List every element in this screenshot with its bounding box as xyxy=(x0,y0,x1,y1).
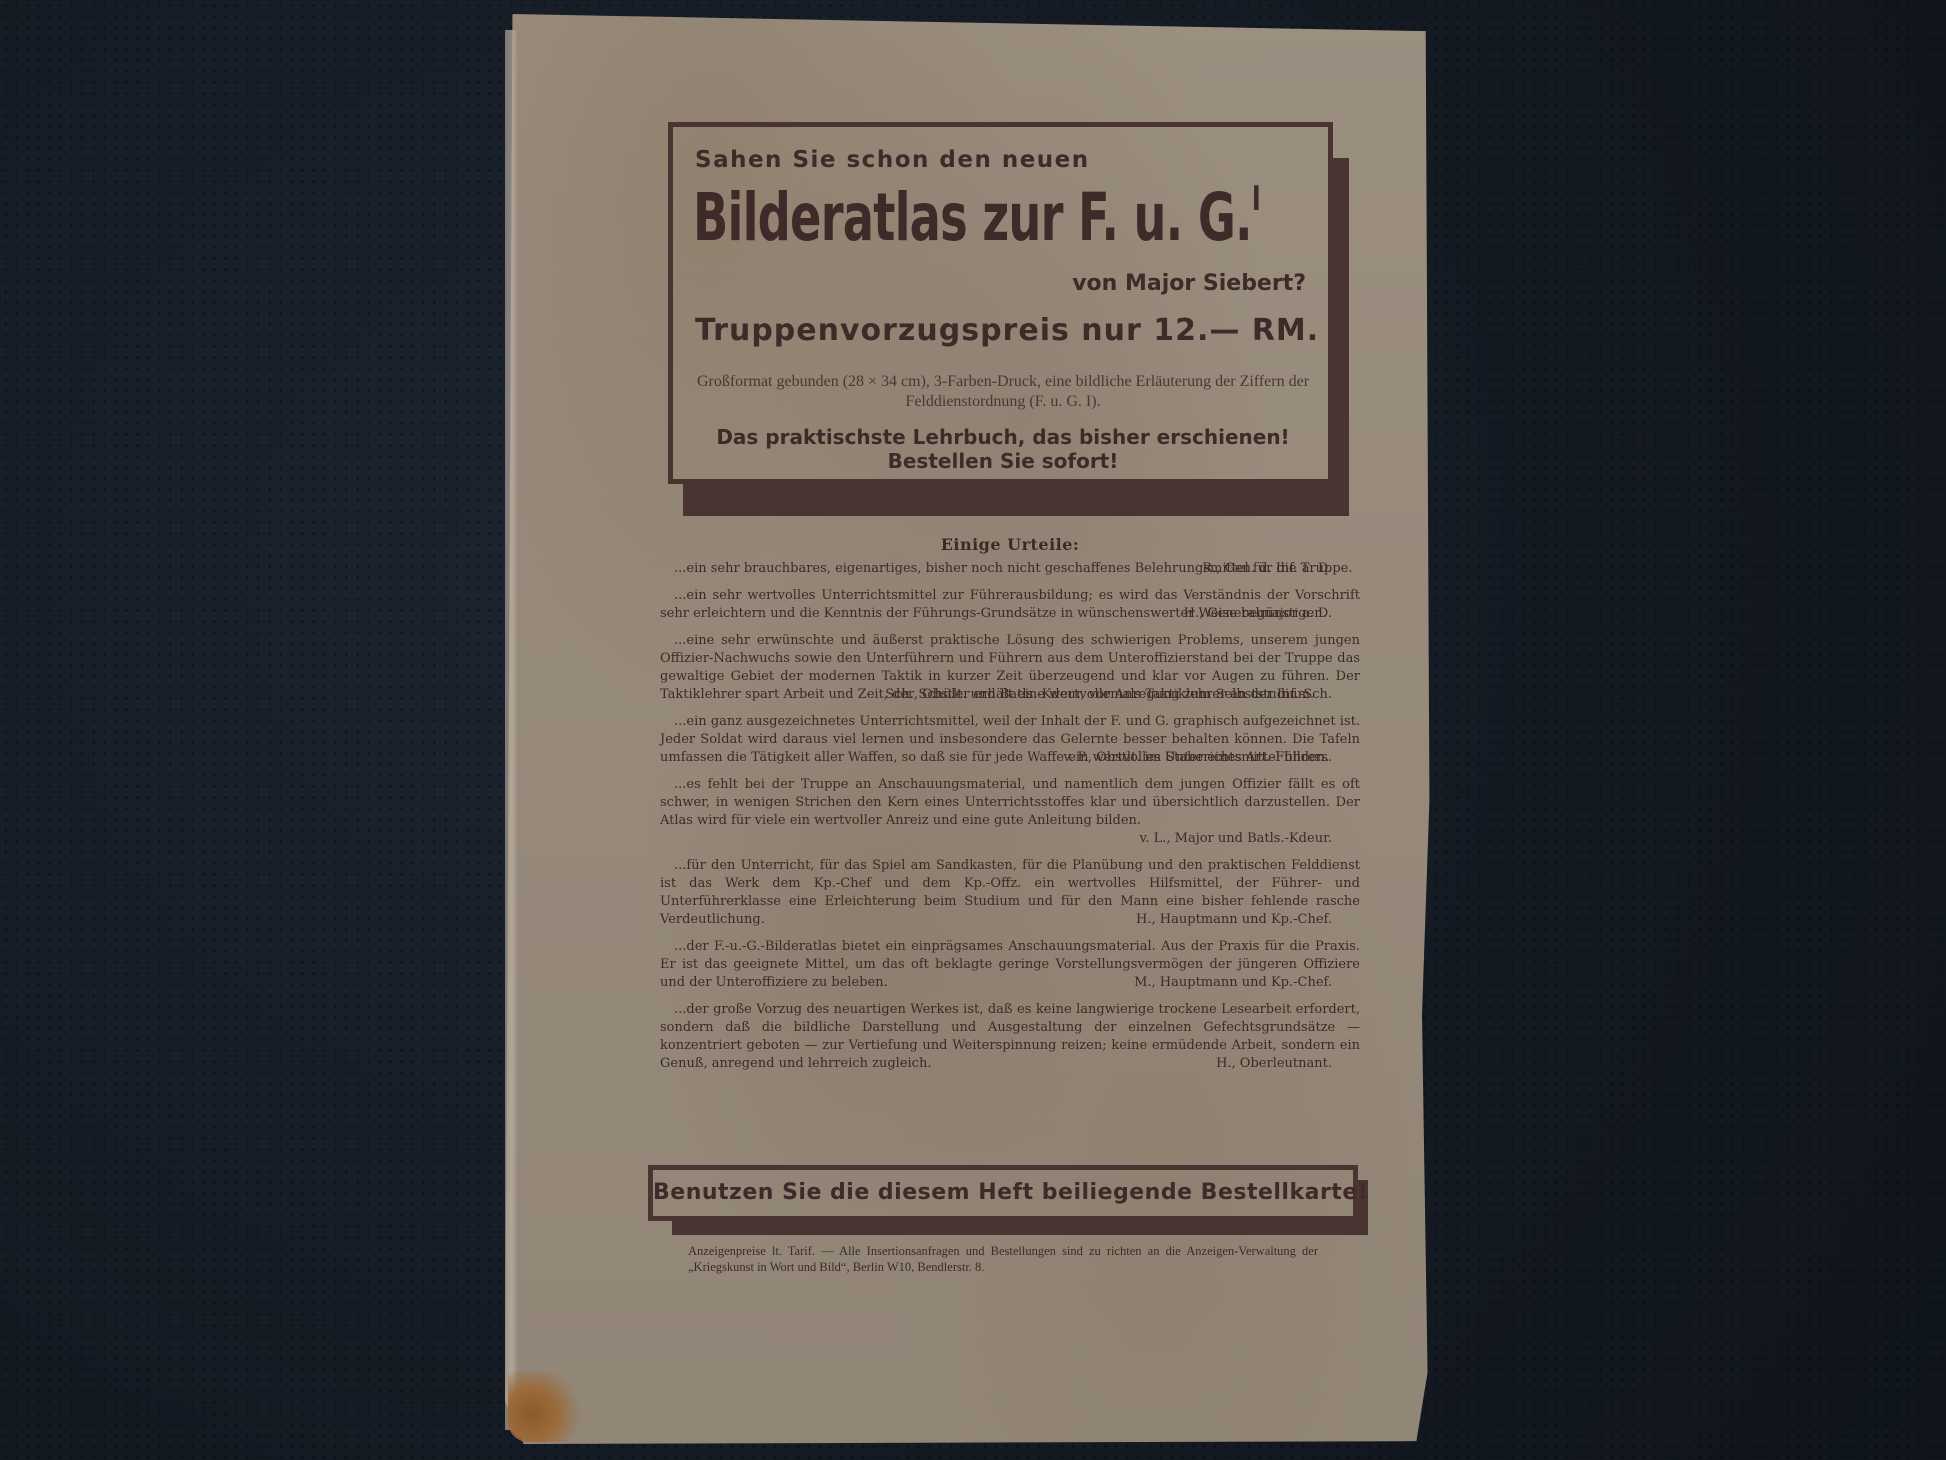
advertisement-box: Sahen Sie schon den neuen Bilderatlas zu… xyxy=(668,122,1333,484)
review-item: ...für den Unterricht, für das Spiel am … xyxy=(660,857,1360,929)
ad-box-shadow xyxy=(1333,158,1349,516)
review-item: ...eine sehr erwünschte und äußerst prak… xyxy=(660,632,1360,704)
ad-slogan: Das praktischste Lehrbuch, das bisher er… xyxy=(683,425,1323,473)
review-signature: H., Hauptmann und Kp.-Chef. xyxy=(660,911,1360,929)
review-signature: v. L., Major und Batls.-Kdeur. xyxy=(660,830,1360,848)
ad-title-superscript: I xyxy=(1252,179,1260,219)
page-spine-edge xyxy=(505,30,519,1430)
order-card-banner: Benutzen Sie die diesem Heft beiliegende… xyxy=(648,1165,1358,1221)
review-item: ...ein sehr wertvolles Unterrichtsmittel… xyxy=(660,587,1360,623)
review-item: ...der F.-u.-G.-Bilderatlas bietet ein e… xyxy=(660,938,1360,992)
ad-title-text: Bilderatlas zur F. u. G. xyxy=(693,179,1252,256)
ad-kicker: Sahen Sie schon den neuen xyxy=(695,147,1090,173)
review-item: ...ein ganz ausgezeichnetes Unterrichtsm… xyxy=(660,713,1360,767)
ad-description: Großformat gebunden (28 × 34 cm), 3-Farb… xyxy=(693,372,1313,412)
review-item: ...es fehlt bei der Truppe an Anschauung… xyxy=(660,776,1360,848)
ad-author: von Major Siebert? xyxy=(1072,271,1306,296)
order-card-text: Benutzen Sie die diesem Heft beiliegende… xyxy=(653,1170,1353,1216)
ad-box-shadow xyxy=(683,484,1349,516)
ad-slogan-line-1: Das praktischste Lehrbuch, das bisher er… xyxy=(683,425,1323,449)
ad-slogan-line-2: Bestellen Sie sofort! xyxy=(683,449,1323,473)
reviews-section: Einige Urteile: ...ein sehr brauchbares,… xyxy=(660,535,1360,1082)
ad-title: Bilderatlas zur F. u. G.I xyxy=(693,179,1260,256)
review-list: ...ein sehr brauchbares, eigenartiges, b… xyxy=(660,560,1360,1073)
footer-note: Anzeigenpreise lt. Tarif. — Alle Inserti… xyxy=(688,1243,1318,1275)
worn-corner xyxy=(508,1372,588,1442)
review-text: ...es fehlt bei der Truppe an Anschauung… xyxy=(660,777,1360,828)
review-item: ...ein sehr brauchbares, eigenartiges, b… xyxy=(660,560,1360,578)
review-item: ...der große Vorzug des neuartigen Werke… xyxy=(660,1001,1360,1073)
reviews-heading: Einige Urteile: xyxy=(660,535,1360,554)
ad-price: Truppenvorzugspreis nur 12.— RM. xyxy=(695,313,1315,348)
cta-box-shadow xyxy=(672,1221,1368,1235)
